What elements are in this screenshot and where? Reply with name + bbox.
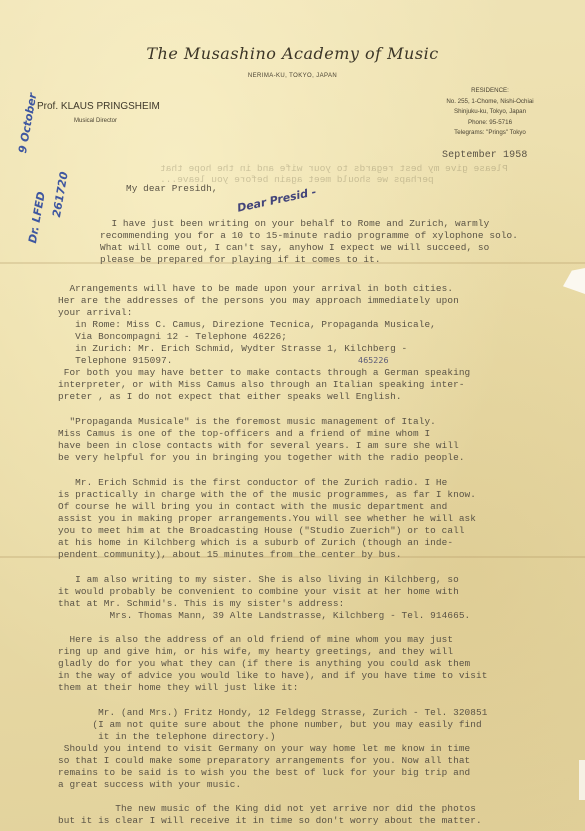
- letter-line: your arrival:: [58, 307, 132, 318]
- letter-line: so that I could make some preparatory ar…: [58, 755, 470, 766]
- residence-line: No. 255, 1-Chome, Nishi-Ochiai: [410, 97, 570, 108]
- letter-line: interpreter, or with Miss Camus also thr…: [58, 379, 465, 390]
- letter-line: Mr. (and Mrs.) Fritz Hondy, 12 Feldegg S…: [58, 707, 487, 718]
- letter-line: be very helpful for you in bringing you …: [58, 452, 465, 463]
- letter-line: gladly do for you what they can (if ther…: [58, 658, 470, 669]
- letter-line: that at Mr. Schmid's. This is my sister'…: [58, 598, 344, 609]
- letter-line: Mr. Erich Schmid is the first conductor …: [58, 477, 447, 488]
- handwritten-greeting: Dear Presid -: [236, 185, 317, 214]
- letter-line: The new music of the King did not yet ar…: [58, 803, 476, 814]
- letter-line: (I am not quite sure about the phone num…: [58, 719, 482, 730]
- salutation: My dear Presidh,: [126, 183, 218, 194]
- sender-name: Prof. KLAUS PRINGSHEIM: [37, 101, 160, 112]
- letter-line: but it is clear I will receive it in tim…: [58, 815, 482, 826]
- paper-edge: [579, 760, 585, 800]
- letter-line: I am also writing to my sister. She is a…: [58, 574, 459, 585]
- residence-block: RESIDENCE: No. 255, 1-Chome, Nishi-Ochia…: [410, 86, 570, 139]
- letter-line: Here is also the address of an old frien…: [58, 634, 453, 645]
- residence-line: Shinjuku-ku, Tokyo, Japan: [410, 107, 570, 118]
- letter-line: at his home in Kilchberg which is a subu…: [58, 537, 453, 548]
- residence-label: RESIDENCE:: [410, 86, 570, 97]
- letter-line: remains to be said is to wish you the be…: [58, 767, 470, 778]
- letter-line: Should you intend to visit Germany on yo…: [58, 743, 470, 754]
- letter-date: September 1958: [442, 150, 527, 161]
- residence-line: Telegrams: "Prings" Tokyo: [410, 128, 570, 139]
- letter-line: it would probably be convenient to combi…: [58, 586, 459, 597]
- letter-line: pendent community), about 15 minutes fro…: [58, 549, 402, 560]
- letter-line: you to meet him at the Broadcasting Hous…: [58, 525, 465, 536]
- handwritten-margin-date: 9 October: [16, 92, 39, 154]
- letter-line: in Rome: Miss C. Camus, Direzione Tecnic…: [58, 319, 436, 330]
- letter-line: assist you in making proper arrangements…: [58, 513, 476, 524]
- letter-line: Mrs. Thomas Mann, 39 Alte Landstrasse, K…: [58, 610, 470, 621]
- letter-line: them at their home they will just like i…: [58, 682, 299, 693]
- letter-line: is practically in charge with the of the…: [58, 489, 476, 500]
- letter-line: What will come out, I can't say, anyhow …: [100, 242, 489, 253]
- handwritten-margin-name: Dr. LFED: [26, 191, 48, 245]
- letter-page: The Musashino Academy of Music NERIMA-KU…: [0, 0, 585, 831]
- letter-line: Miss Camus is one of the top-officers an…: [58, 428, 430, 439]
- letter-line: in Zurich: Mr. Erich Schmid, Wydter Stra…: [58, 343, 407, 354]
- bleed-through-text: Please give my best regards to your wife…: [160, 163, 508, 174]
- residence-line: Phone: 95-5716: [410, 118, 570, 129]
- sender-role: Musical Director: [74, 118, 117, 124]
- letter-line: preter , as I do not expect that either …: [58, 391, 402, 402]
- handwritten-margin-number: 261720: [50, 171, 71, 218]
- letter-line: a great success with your music.: [58, 779, 241, 790]
- letter-line: in the way of advice you would like to h…: [58, 670, 487, 681]
- letter-line: have been in close contacts with for sev…: [58, 440, 459, 451]
- letterhead-address: NERIMA-KU, TOKYO, JAPAN: [0, 73, 585, 79]
- paper-tear: [563, 268, 585, 294]
- letter-line: please be prepared for playing if it com…: [100, 254, 381, 265]
- letter-line: Arrangements will have to be made upon y…: [58, 283, 453, 294]
- letter-line: Her are the addresses of the persons you…: [58, 295, 459, 306]
- letter-line: it in the telephone directory.): [58, 731, 276, 742]
- letter-line: recommending you for a 10 to 15-minute r…: [100, 230, 518, 241]
- letter-line: For both you may have better to make con…: [58, 367, 470, 378]
- letter-line: Of course he will bring you in contact w…: [58, 501, 447, 512]
- letter-line: ring up and give him, or his wife, my he…: [58, 646, 453, 657]
- letter-line: I have just been writing on your behalf …: [100, 218, 489, 229]
- letter-line: Telephone 915097.: [58, 355, 173, 366]
- letterhead-title: The Musashino Academy of Music: [0, 44, 585, 63]
- letter-line: "Propaganda Musicale" is the foremost mu…: [58, 416, 436, 427]
- letter-line: Via Boncompagni 12 - Telephone 46226;: [58, 331, 287, 342]
- handwritten-phone-correction: 465226: [358, 356, 389, 365]
